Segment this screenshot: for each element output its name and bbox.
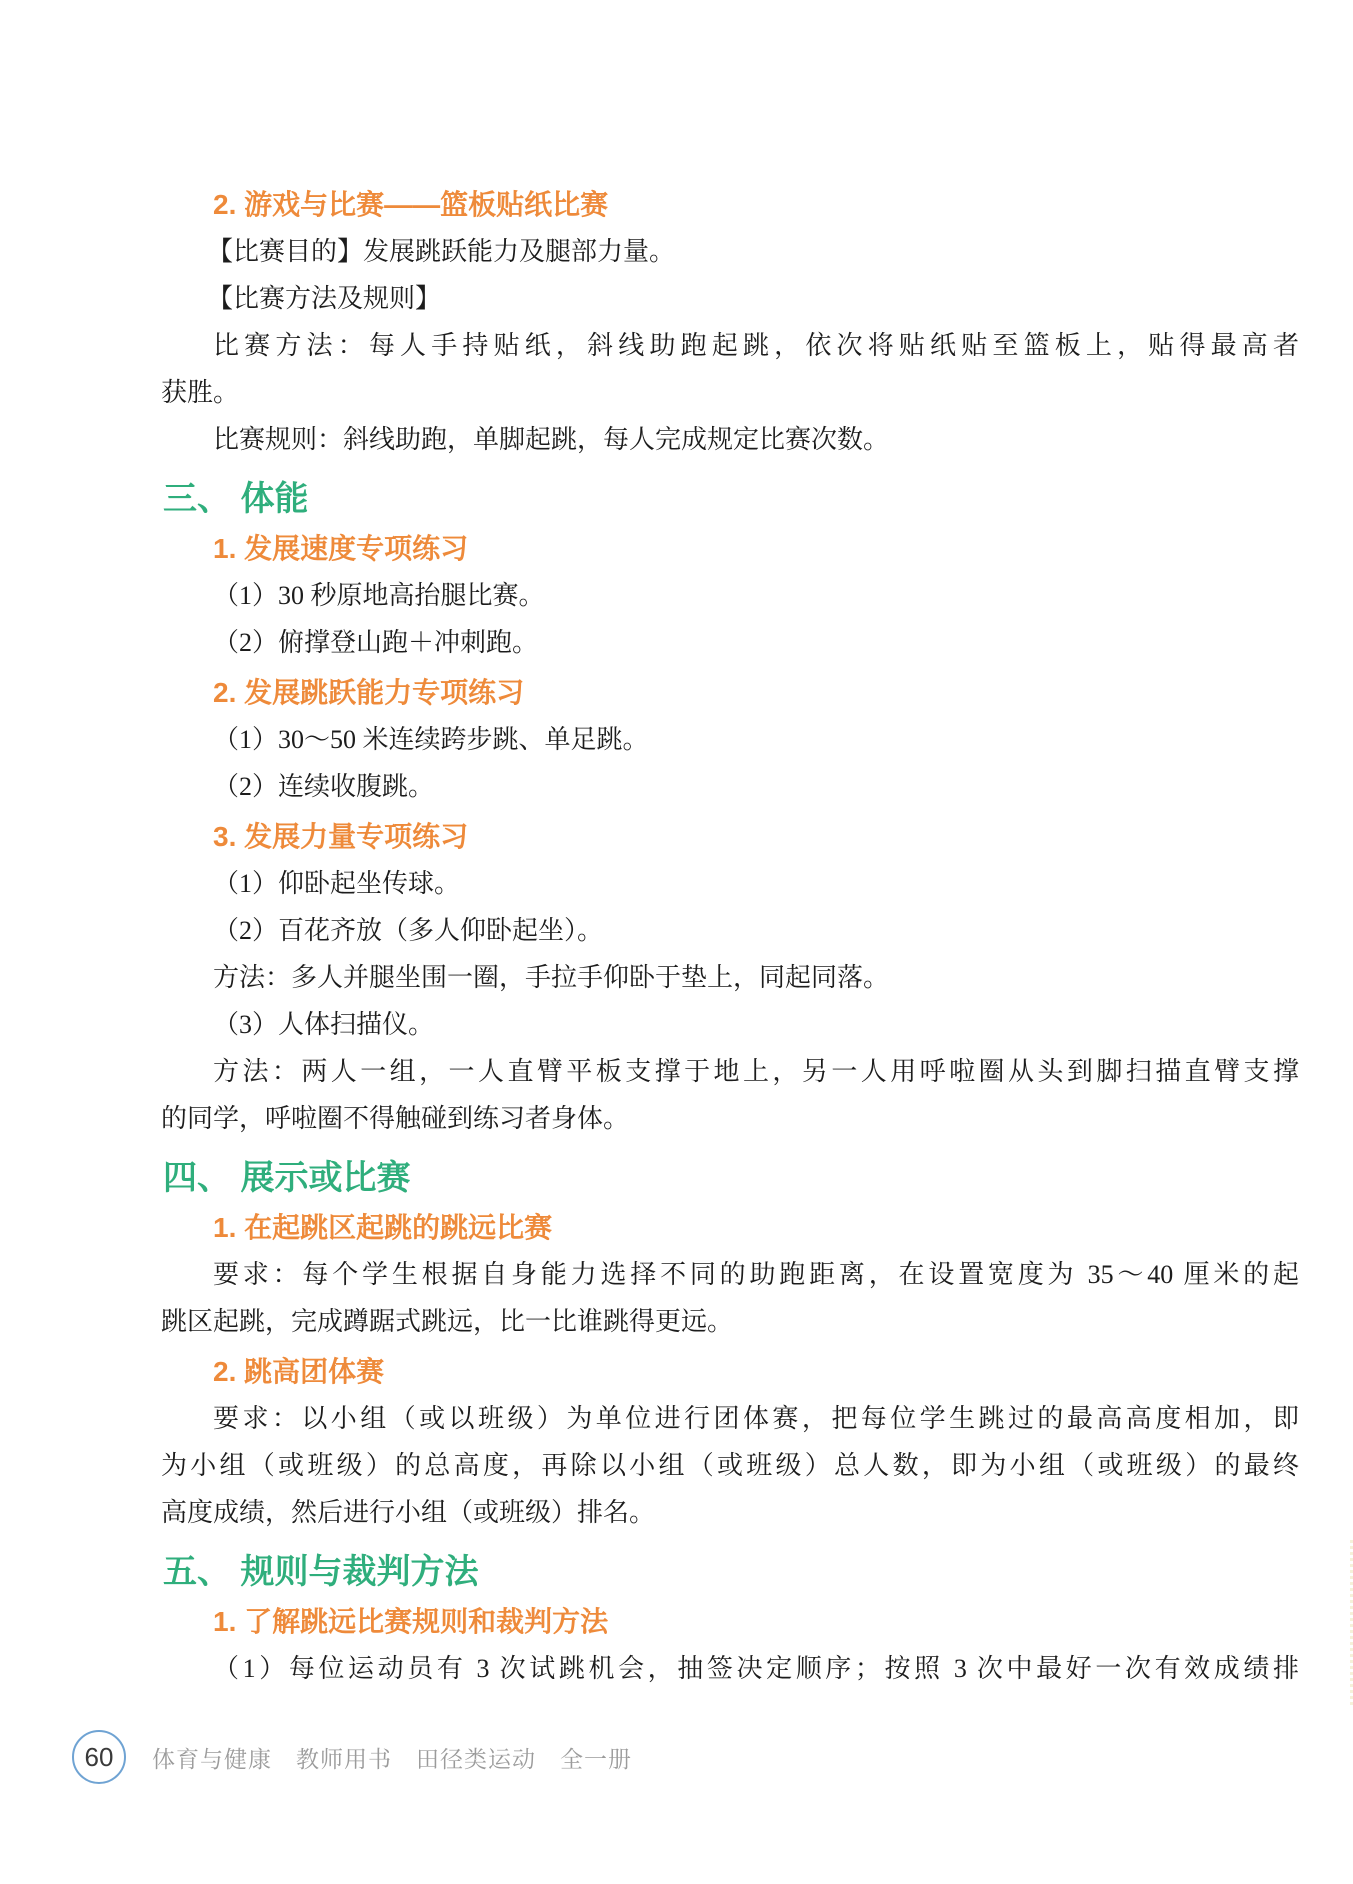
paragraph-line: 方法：多人并腿坐围一圈，手拉手仰卧于垫上，同起同落。 (161, 954, 1299, 1001)
paragraph-line: 高度成绩，然后进行小组（或班级）排名。 (161, 1489, 1299, 1536)
textbook-page: 2. 游戏与比赛——篮板贴纸比赛【比赛目的】发展跳跃能力及腿部力量。【比赛方法及… (0, 0, 1353, 1884)
paragraph-line: （1）仰卧起坐传球。 (161, 860, 1299, 907)
subsection-heading: 2. 游戏与比赛——篮板贴纸比赛 (161, 181, 1299, 228)
subsection-heading: 1. 发展速度专项练习 (161, 525, 1299, 572)
section-heading: 四、 展示或比赛 (163, 1156, 1299, 1200)
section-heading: 五、 规则与裁判方法 (163, 1550, 1299, 1594)
paragraph-line: 【比赛方法及规则】 (161, 275, 1299, 322)
paragraph-line: （2）百花齐放（多人仰卧起坐）。 (161, 907, 1299, 954)
page-number-badge: 60 (72, 1730, 126, 1784)
paragraph-line: 比赛方法：每人手持贴纸，斜线助跑起跳，依次将贴纸贴至篮板上，贴得最高者 (161, 322, 1299, 369)
paragraph-line: 方法：两人一组，一人直臂平板支撑于地上，另一人用呼啦圈从头到脚扫描直臂支撑 (161, 1048, 1299, 1095)
paragraph-line: （1）30～50 米连续跨步跳、单足跳。 (161, 716, 1299, 763)
paragraph-line: （1）30 秒原地高抬腿比赛。 (161, 572, 1299, 619)
paragraph-line: （1）每位运动员有 3 次试跳机会，抽签决定顺序；按照 3 次中最好一次有效成绩… (161, 1645, 1299, 1692)
paragraph-line: 比赛规则：斜线助跑，单脚起跳，每人完成规定比赛次数。 (161, 416, 1299, 463)
page-edge-artifact (1347, 1540, 1353, 1705)
paragraph-line: 获胜。 (161, 369, 1299, 416)
subsection-heading: 1. 在起跳区起跳的跳远比赛 (161, 1204, 1299, 1251)
page-footer: 60 体育与健康 教师用书 田径类运动 全一册 (72, 1728, 632, 1786)
subsection-heading: 2. 发展跳跃能力专项练习 (161, 669, 1299, 716)
subsection-heading: 3. 发展力量专项练习 (161, 813, 1299, 860)
section-heading: 三、 体能 (163, 477, 1299, 521)
paragraph-line: （2）连续收腹跳。 (161, 763, 1299, 810)
paragraph-line: （3）人体扫描仪。 (161, 1001, 1299, 1048)
paragraph-line: 要求：以小组（或以班级）为单位进行团体赛，把每位学生跳过的最高高度相加，即 (161, 1395, 1299, 1442)
paragraph-line: 的同学，呼啦圈不得触碰到练习者身体。 (161, 1095, 1299, 1142)
subsection-heading: 1. 了解跳远比赛规则和裁判方法 (161, 1598, 1299, 1645)
book-info: 体育与健康 教师用书 田径类运动 全一册 (152, 1741, 632, 1774)
subsection-heading: 2. 跳高团体赛 (161, 1348, 1299, 1395)
paragraph-line: 【比赛目的】发展跳跃能力及腿部力量。 (161, 228, 1299, 275)
paragraph-line: 要求：每个学生根据自身能力选择不同的助跑距离，在设置宽度为 35～40 厘米的起 (161, 1251, 1299, 1298)
page-content: 2. 游戏与比赛——篮板贴纸比赛【比赛目的】发展跳跃能力及腿部力量。【比赛方法及… (161, 178, 1299, 1692)
paragraph-line: 跳区起跳，完成蹲踞式跳远，比一比谁跳得更远。 (161, 1298, 1299, 1345)
paragraph-line: 为小组（或班级）的总高度，再除以小组（或班级）总人数，即为小组（或班级）的最终 (161, 1442, 1299, 1489)
paragraph-line: （2）俯撑登山跑＋冲刺跑。 (161, 619, 1299, 666)
page-number: 60 (85, 1742, 114, 1773)
